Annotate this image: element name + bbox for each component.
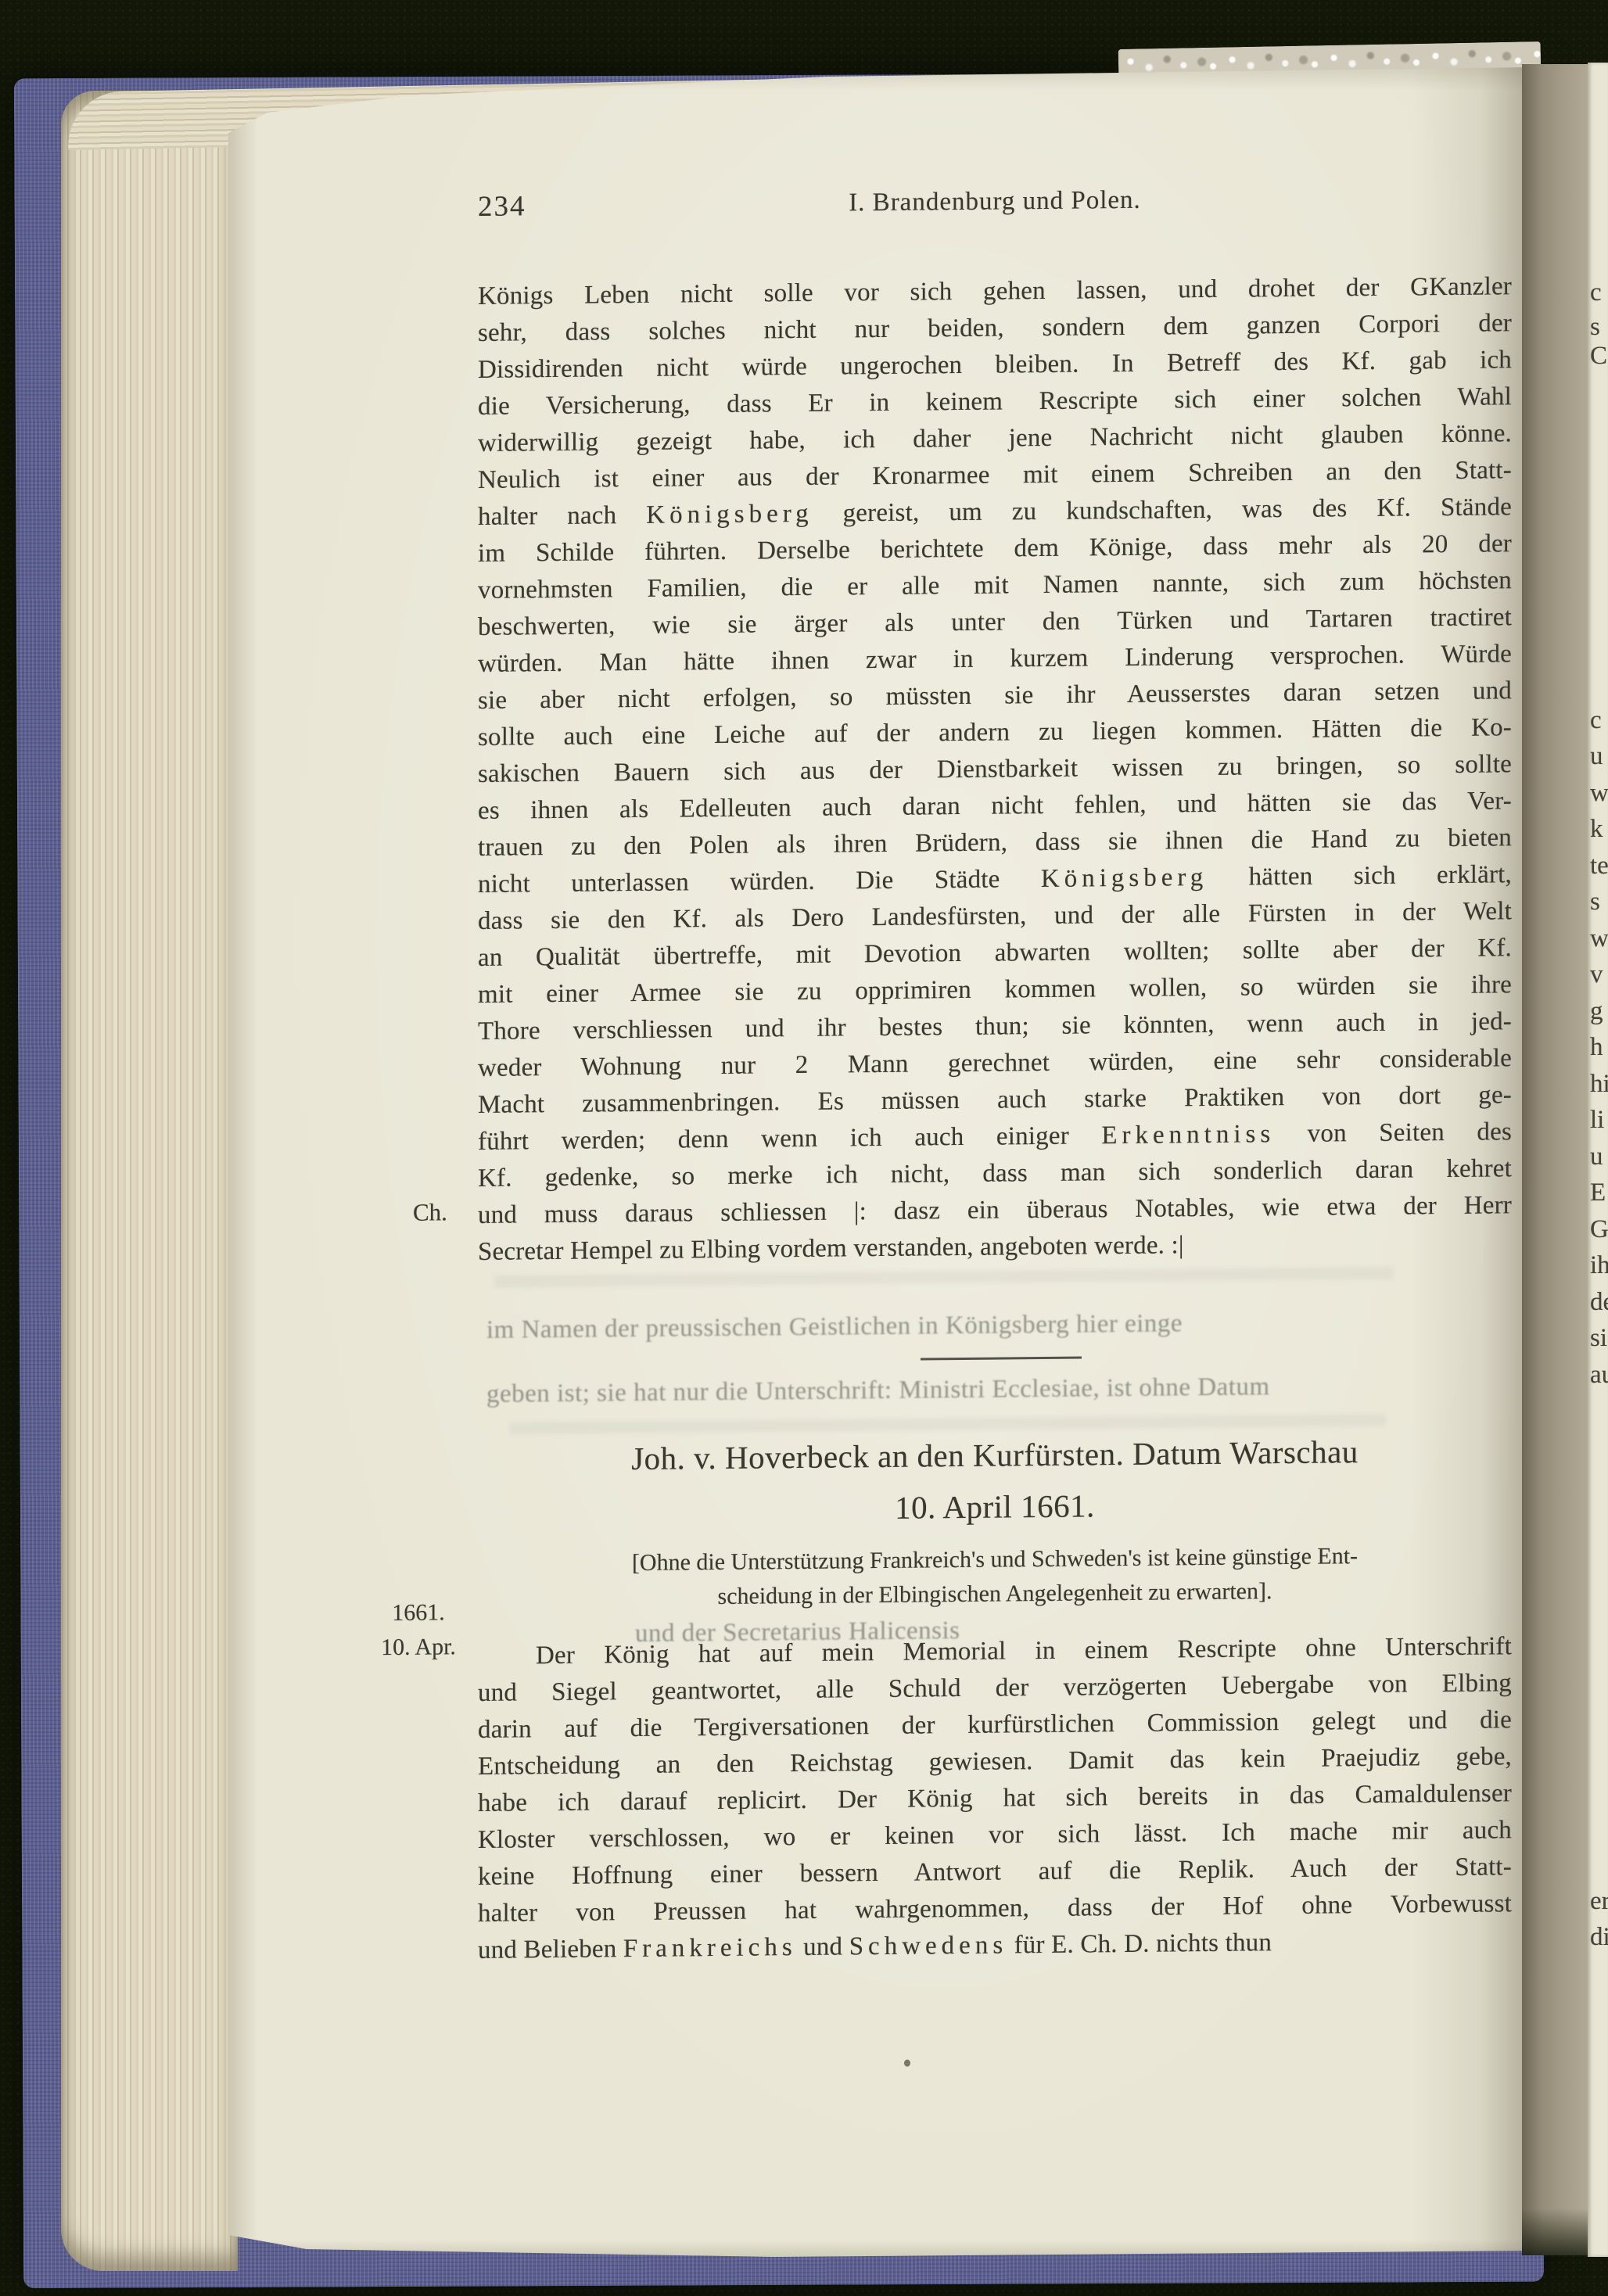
text-fragment: k bbox=[1590, 815, 1603, 844]
book-page: 234 I. Brandenburg und Polen. Königs Leb… bbox=[228, 67, 1528, 2260]
text-fragment: w bbox=[1590, 924, 1608, 953]
paragraph-1: Königs Leben nicht solle vor sich gehen … bbox=[478, 268, 1512, 1271]
show-through-smudge bbox=[494, 1267, 1394, 1288]
running-head: I. Brandenburg und Polen. bbox=[478, 182, 1512, 221]
show-through-text: und der Secretarius Halicensis bbox=[635, 1616, 960, 1648]
text-fragment: di bbox=[1590, 1923, 1608, 1952]
text-fragment: er bbox=[1590, 1887, 1608, 1916]
text-fragment: v bbox=[1590, 960, 1603, 989]
text-fragment: h bbox=[1590, 1033, 1603, 1062]
text-fragment: de bbox=[1590, 1288, 1608, 1317]
text-fragment: li bbox=[1590, 1106, 1604, 1135]
text-fragment: u bbox=[1590, 742, 1603, 771]
letterspaced-word: Königsberg bbox=[646, 500, 813, 529]
text-fragment: G bbox=[1590, 1215, 1608, 1244]
text-fragment: au bbox=[1590, 1361, 1608, 1390]
letterspaced-word: Schwedens bbox=[849, 1931, 1007, 1961]
show-through-smudge bbox=[510, 1414, 1386, 1435]
text-fragment: c bbox=[1590, 278, 1602, 307]
text-fragment: E bbox=[1590, 1178, 1606, 1207]
letterspaced-word: Erkenntniss bbox=[1101, 1120, 1275, 1150]
margin-year: 1661. bbox=[352, 1599, 485, 1627]
summary-line-2: scheidung in der Elbingischen Angelegenh… bbox=[478, 1576, 1512, 1613]
text-fragment: ih bbox=[1590, 1251, 1608, 1280]
page-content: 234 I. Brandenburg und Polen. Königs Leb… bbox=[228, 55, 1528, 2260]
book-scene: 234 I. Brandenburg und Polen. Königs Leb… bbox=[0, 0, 1608, 2296]
letterspaced-word: Königsberg bbox=[1041, 863, 1208, 893]
text-fragment: u bbox=[1590, 1143, 1603, 1171]
letter-heading: Joh. v. Hoverbeck an den Kurfürsten. Dat… bbox=[478, 1431, 1512, 1479]
margin-note-ch: Ch. bbox=[413, 1198, 447, 1226]
text-fragment: C bbox=[1590, 342, 1607, 371]
show-through-text: geben ist; sie hat nur die Unterschrift:… bbox=[486, 1372, 1270, 1409]
summary-line-1: [Ohne die Unterstützung Frankreich's und… bbox=[478, 1541, 1512, 1578]
letter-heading-date: 10. April 1661. bbox=[478, 1483, 1512, 1530]
section-divider bbox=[921, 1357, 1082, 1361]
text-fragment: w bbox=[1590, 779, 1608, 808]
text-fragment: te bbox=[1590, 852, 1608, 881]
text-fragment: hi bbox=[1590, 1070, 1608, 1099]
page-stack-fore-edge bbox=[61, 91, 238, 2271]
text-fragment: si bbox=[1590, 1324, 1607, 1353]
letterspaced-word: Frankreichs bbox=[623, 1933, 797, 1963]
text-fragment: s bbox=[1590, 888, 1600, 917]
text-fragment: c bbox=[1590, 706, 1602, 735]
paragraph-2: Der König hat auf mein Memorial in einem… bbox=[478, 1628, 1512, 1969]
show-through-text: im Namen der preussischen Geistlichen in… bbox=[486, 1309, 1183, 1345]
text-fragment: g bbox=[1590, 997, 1603, 1026]
gutter-shadow bbox=[1522, 64, 1589, 2255]
margin-date: 10. Apr. bbox=[352, 1634, 485, 1662]
facing-page-edge: csCcuwkteswvghhiliuEGihdesiauerdi bbox=[1588, 63, 1608, 2257]
text-fragment: s bbox=[1590, 313, 1600, 342]
paper-speck bbox=[904, 2060, 910, 2067]
